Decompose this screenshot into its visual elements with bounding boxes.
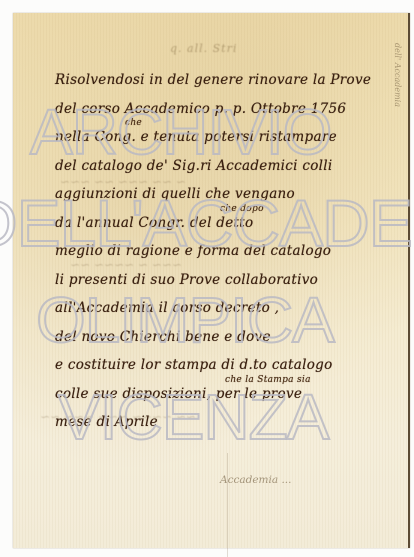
text-line: all'Accademia il corso decreto , [55,300,395,329]
text-line: che dopo da l'annual Congr. del detto [55,215,395,244]
text-line: meglio di ragione e forma del catalogo [55,243,395,272]
superscript-note: che dopo [220,204,264,214]
footer-note: Accademia ... [220,474,291,486]
superscript-note: che [125,118,142,128]
handwritten-text: Risolvendosi in del genere rinovare la P… [55,72,395,443]
text-line: del novo Chierchi bene e dove [55,329,395,358]
text-line: Risolvendosi in del genere rinovare la P… [55,72,395,101]
text-line: che nella Cong. e tenuta potersi ristamp… [55,129,395,158]
paper-fold-line [227,453,228,557]
text-line: del corso Accademico p. p. Ottobre 1756 [55,101,395,130]
scan-page: dell' Accademia q. all. Stri ~ ~~ ~~~ ~~… [0,0,414,557]
text-line: del catalogo de' Sig.ri Accademici colli [55,158,395,187]
text-line: li presenti di suo Prove collaborativo [55,272,395,301]
faint-heading: q. all. Stri [170,42,237,55]
superscript-note: che la Stampa sia [225,375,311,385]
text-line: che la Stampa sia colle sue disposizioni… [55,386,395,415]
text-line: mese di Aprile [55,414,395,443]
